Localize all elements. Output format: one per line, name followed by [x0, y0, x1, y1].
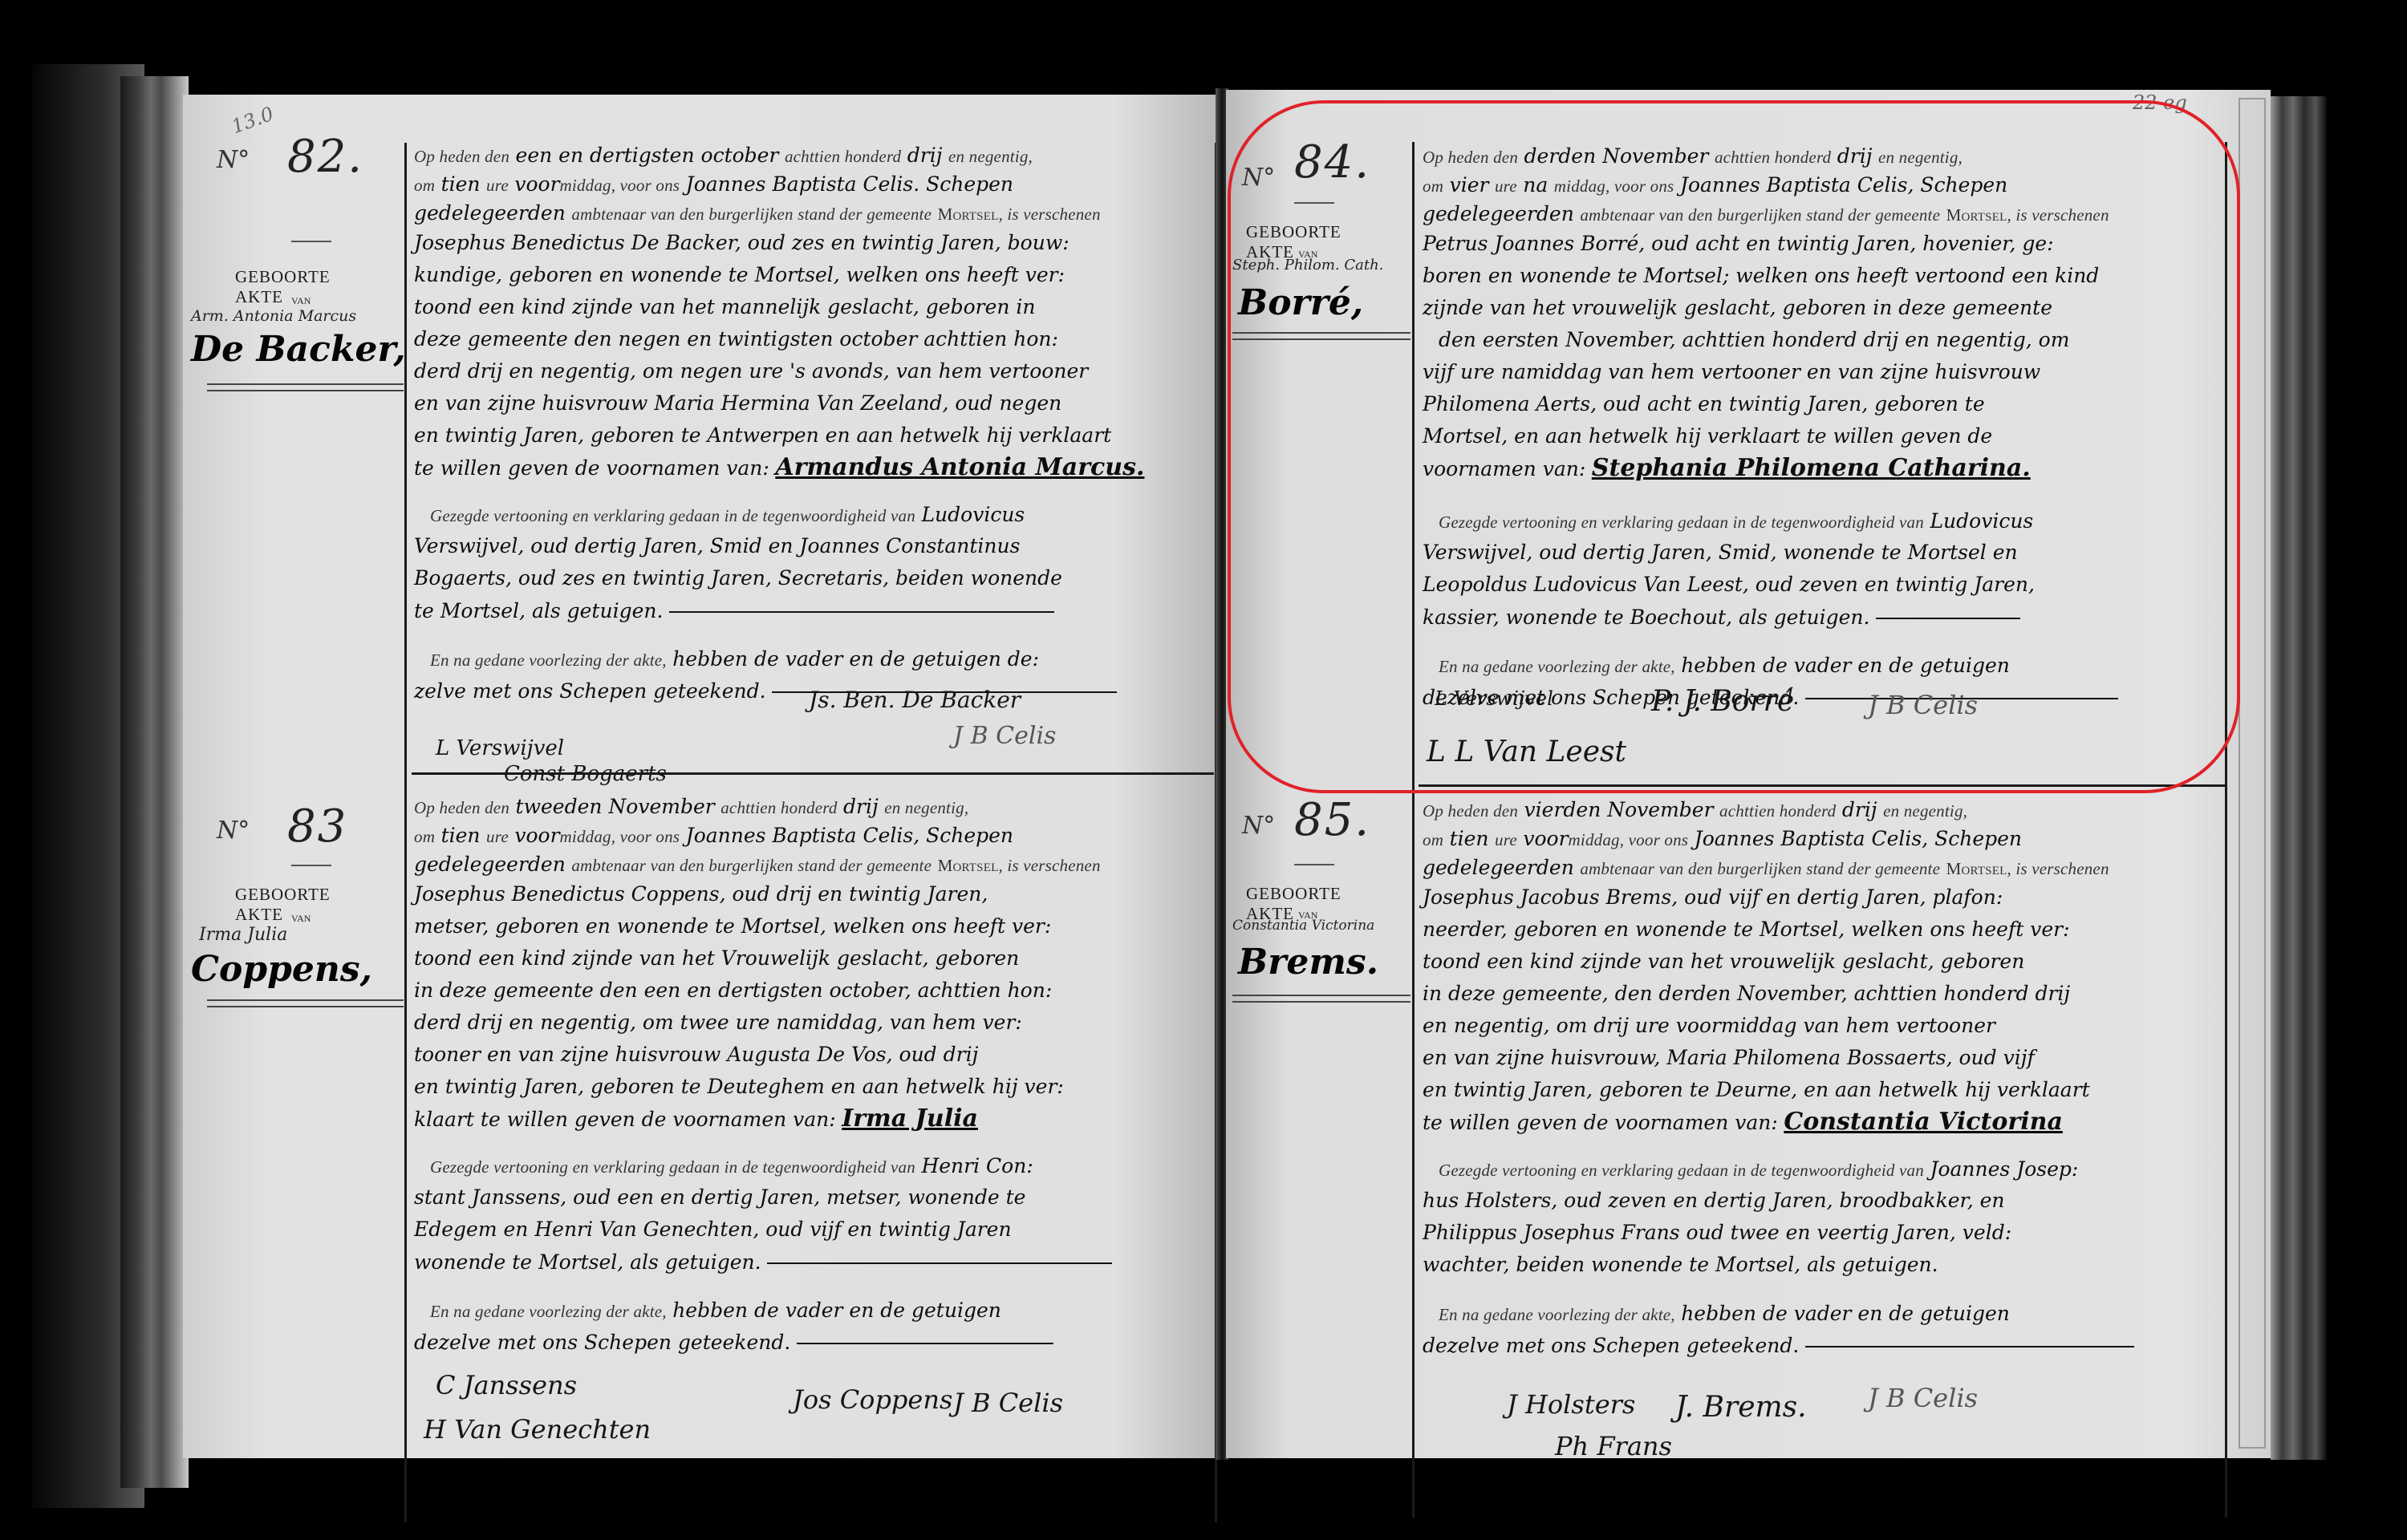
year-field: drij	[907, 144, 943, 167]
hour-field: tien	[441, 172, 481, 196]
witness-line: Edegem en Henri Van Genechten, oud vijf …	[414, 1216, 1012, 1243]
body-line: Josephus Benedictus De Backer, oud zes e…	[414, 229, 1070, 257]
witness-line: stant Janssens, oud een en dertig Jaren,…	[414, 1184, 1025, 1211]
child-given-names: Constantia Victorina	[1232, 918, 1374, 934]
witness-line: Philippus Josephus Frans oud twee en vee…	[1423, 1219, 2011, 1246]
body-line: in deze gemeente, den derden November, a…	[1423, 980, 2070, 1007]
year-field: drij	[843, 795, 879, 818]
divider	[291, 865, 331, 866]
highlight-annotation	[1228, 100, 2240, 793]
page-edge-border	[2239, 98, 2266, 1449]
van-label: VAN	[291, 913, 311, 925]
signature-witness-1: J Holsters	[1507, 1389, 1635, 1420]
date-field: tweeden November	[516, 795, 715, 818]
surname-underline	[207, 999, 404, 1007]
signature-official: J B Celis	[953, 722, 1056, 750]
body-line: deze gemeente den negen en twintigsten o…	[414, 326, 1058, 353]
signature-witness-2: H Van Genechten	[424, 1414, 651, 1445]
signature-official: J B Celis	[1868, 1383, 1978, 1413]
given-names: Irma Julia	[842, 1104, 978, 1133]
body-line: kundige, geboren en wonende te Mortsel, …	[414, 261, 1065, 289]
akte-title: GEBOORTE AKTE	[235, 885, 331, 925]
child-surname: Brems.	[1238, 942, 1378, 983]
body-line: Josephus Jacobus Brems, oud vijf en dert…	[1423, 884, 2003, 911]
witness-line: wachter, beiden wonende te Mortsel, als …	[1423, 1251, 1938, 1279]
child-surname: Coppens,	[191, 949, 372, 990]
body-line: derd drij en negentig, om negen ure 's a…	[414, 358, 1088, 385]
hour-field: tien	[1450, 827, 1489, 850]
official-field: Joannes Baptista Celis, Schepen	[1695, 827, 2022, 850]
witness-line: Bogaerts, oud zes en twintig Jaren, Secr…	[414, 565, 1062, 592]
left-page: 13.0 N° 82. GEBOORTE AKTE VAN Arm. Anton…	[183, 95, 1218, 1458]
date-field: een en dertigsten october	[516, 144, 779, 167]
body-line: tooner en van zijne huisvrouw Augusta De…	[414, 1041, 978, 1068]
divider	[291, 241, 331, 242]
date-field: vierden November	[1524, 798, 1714, 821]
body-line: en twintig Jaren, geboren te Deurne, en …	[1423, 1076, 2090, 1104]
body-line: Josephus Benedictus Coppens, oud drij en…	[414, 881, 988, 908]
child-surname: De Backer,	[191, 329, 406, 370]
child-given-names: Arm. Antonia Marcus	[191, 307, 356, 325]
body-line: in deze gemeente den een en dertigsten o…	[414, 977, 1052, 1004]
body-line: toond een kind zijnde van het Vrouwelijk…	[414, 945, 1019, 972]
signature-father: J. Brems.	[1675, 1391, 1807, 1424]
number-label: N°	[217, 146, 250, 174]
hour-field: tien	[441, 824, 481, 847]
ampm-field: voor	[514, 172, 559, 196]
body-line: toond een kind zijnde van het mannelijk …	[414, 294, 1036, 321]
signature-father: Jos Coppens	[793, 1384, 952, 1415]
body-line: en van zijne huisvrouw Maria Hermina Van…	[414, 390, 1061, 417]
page-stack-left	[120, 76, 189, 1488]
official-field: Joannes Baptista Celis. Schepen	[686, 172, 1013, 196]
body-line: derd drij en negentig, om twee ure namid…	[414, 1009, 1022, 1036]
signature-witness-1: L Verswijvel	[436, 736, 564, 760]
number-label: N°	[1242, 812, 1275, 840]
surname-underline	[1232, 995, 1411, 1003]
van-label: VAN	[291, 295, 311, 307]
signature-witness-2: Ph Frans	[1555, 1431, 1672, 1461]
year-field: drij	[1842, 798, 1877, 821]
body-line: metser, geboren en wonende te Mortsel, w…	[414, 913, 1051, 940]
entry-separator	[412, 772, 1214, 775]
body-line: en twintig Jaren, geboren te Antwerpen e…	[414, 422, 1111, 449]
corner-mark-left: 13.0	[229, 103, 277, 139]
body-line: en van zijne huisvrouw, Maria Philomena …	[1423, 1044, 2035, 1072]
signature-witness-1: C Janssens	[436, 1370, 577, 1400]
signature-father: Js. Ben. De Backer	[809, 687, 1021, 713]
ampm-field: voor	[1523, 827, 1568, 850]
body-line: neerder, geboren en wonende te Mortsel, …	[1423, 916, 2070, 943]
body-line: en twintig Jaren, geboren te Deuteghem e…	[414, 1073, 1064, 1100]
given-names: Armandus Antonia Marcus.	[775, 453, 1144, 481]
given-names: Constantia Victorina	[1784, 1108, 2063, 1136]
witness-line: hus Holsters, oud zeven en dertig Jaren,…	[1423, 1187, 2005, 1214]
ampm-field: voor	[514, 824, 559, 847]
body-line: en negentig, om drij ure voormiddag van …	[1423, 1012, 1995, 1039]
divider	[1294, 864, 1334, 865]
number-label: N°	[217, 817, 250, 845]
entry-number: 85.	[1294, 794, 1370, 846]
surname-underline	[207, 383, 404, 391]
official-field: Joannes Baptista Celis, Schepen	[686, 824, 1013, 847]
body-line: toond een kind zijnde van het vrouwelijk…	[1423, 948, 2024, 975]
page-stack-right	[2271, 96, 2327, 1460]
child-given-names: Irma Julia	[199, 925, 287, 945]
akte-title: GEBOORTE AKTE	[235, 267, 331, 307]
entry-number: 82.	[287, 131, 363, 183]
entry-number: 83	[287, 800, 347, 853]
signature-official: J B Celis	[953, 1388, 1063, 1418]
witness-line: Verswijvel, oud dertig Jaren, Smid en Jo…	[414, 533, 1020, 560]
